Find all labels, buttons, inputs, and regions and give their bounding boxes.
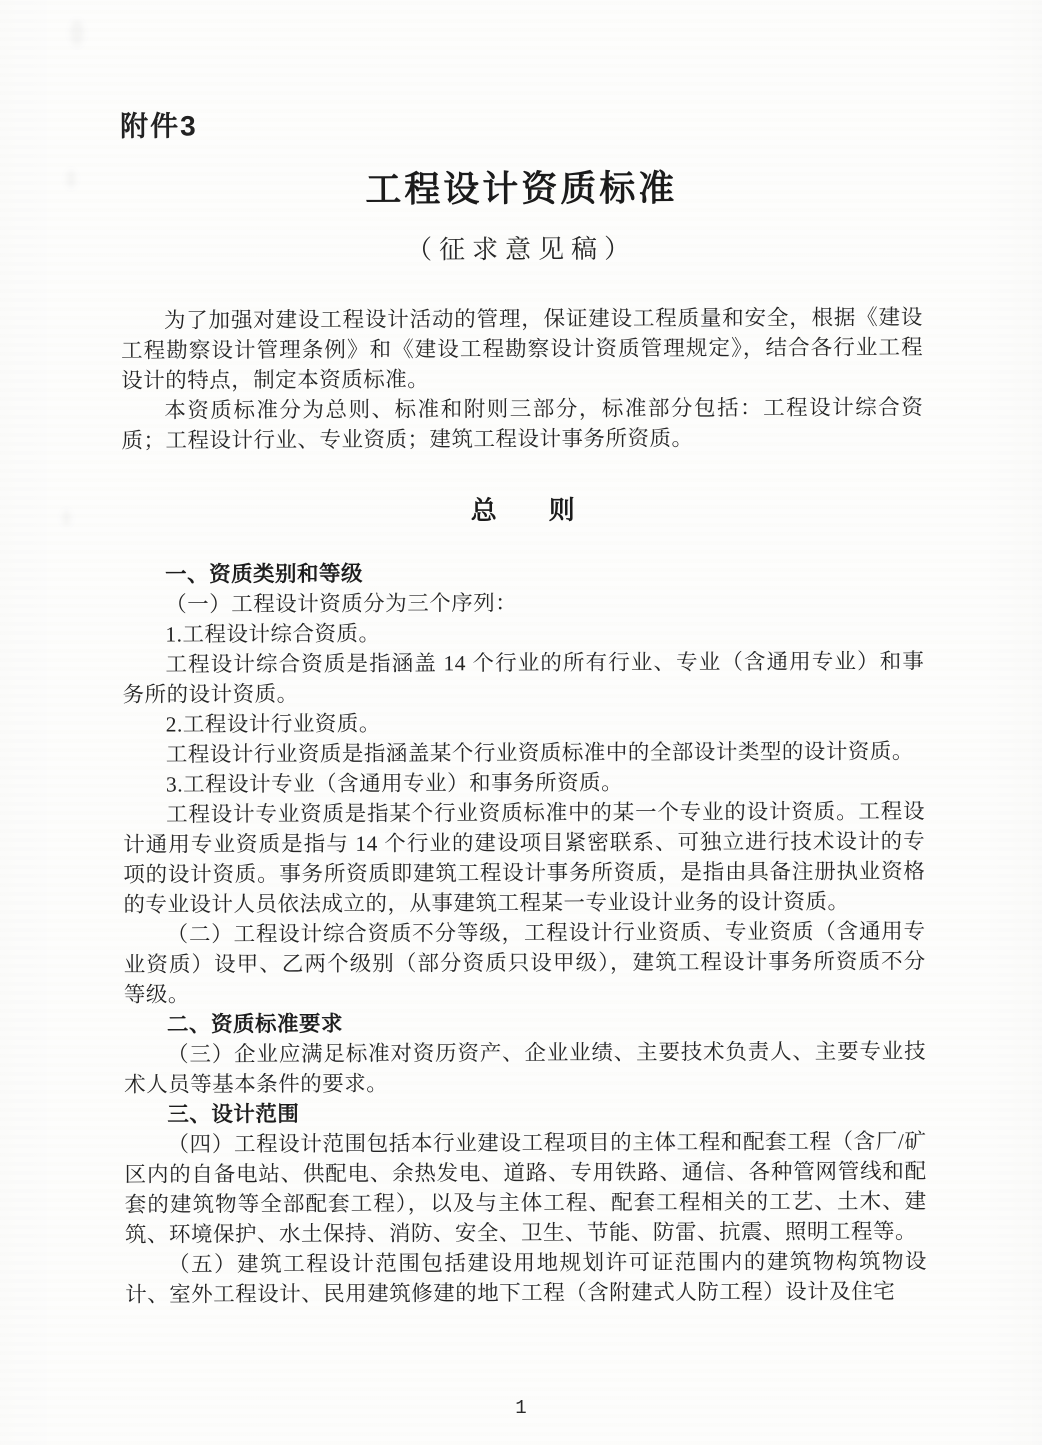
document-content: 附件3 工程设计资质标准 （征求意见稿） 为了加强对建设工程设计活动的管理，保证… — [120, 106, 927, 1309]
body-paragraph: 工程设计综合资质是指涵盖 14 个行业的所有行业、专业（含通用专业）和事务所的设… — [122, 646, 924, 709]
body-paragraph: 2.工程设计行业资质。 — [123, 706, 925, 739]
body-paragraph: （二）工程设计综合资质不分等级，工程设计行业资质、专业资质（含通用专业资质）设甲… — [124, 916, 926, 1009]
page-number: 1 — [0, 1397, 1042, 1419]
body-paragraph: 1.工程设计综合资质。 — [122, 616, 924, 649]
document-title: 工程设计资质标准 — [120, 166, 922, 211]
body-paragraph: （一）工程设计资质分为三个序列： — [122, 586, 924, 619]
document-subtitle: （征求意见稿） — [121, 232, 923, 267]
intro-paragraph: 为了加强对建设工程设计活动的管理，保证建设工程质量和安全，根据《建设工程勘察设计… — [121, 302, 923, 395]
scanned-document-page: 附件3 工程设计资质标准 （征求意见稿） 为了加强对建设工程设计活动的管理，保证… — [0, 0, 1042, 1445]
scan-smudge — [66, 170, 76, 188]
attachment-label: 附件3 — [120, 106, 922, 143]
chapter-heading: 总 则 — [122, 492, 924, 527]
scan-smudge — [70, 20, 84, 46]
scan-smudge — [62, 510, 71, 526]
body-paragraph: 3.工程设计专业（含通用专业）和事务所资质。 — [123, 766, 925, 799]
general-rules-section: 一、资质类别和等级 （一）工程设计资质分为三个序列： 1.工程设计综合资质。 工… — [122, 556, 927, 1309]
body-paragraph: （三）企业应满足标准对资历资产、企业业绩、主要技术负责人、主要专业技术人员等基本… — [124, 1036, 926, 1099]
body-paragraph: 工程设计专业资质是指某个行业资质标准中的某一个专业的设计资质。工程设计通用专业资… — [123, 796, 926, 919]
section-subheading: 二、资质标准要求 — [124, 1006, 926, 1039]
body-paragraph: 工程设计行业资质是指涵盖某个行业资质标准中的全部设计类型的设计资质。 — [123, 736, 925, 769]
intro-paragraph: 本资质标准分为总则、标准和附则三部分，标准部分包括：工程设计综合资质；工程设计行… — [121, 392, 923, 455]
body-paragraph: （四）工程设计范围包括本行业建设工程项目的主体工程和配套工程（含厂/矿区内的自备… — [124, 1126, 927, 1249]
section-subheading: 三、设计范围 — [124, 1096, 926, 1129]
section-subheading: 一、资质类别和等级 — [122, 556, 924, 589]
intro-section: 为了加强对建设工程设计活动的管理，保证建设工程质量和安全，根据《建设工程勘察设计… — [121, 302, 924, 455]
body-paragraph: （五）建筑工程设计范围包括建设用地规划许可证范围内的建筑物构筑物设计、室外工程设… — [125, 1246, 927, 1309]
